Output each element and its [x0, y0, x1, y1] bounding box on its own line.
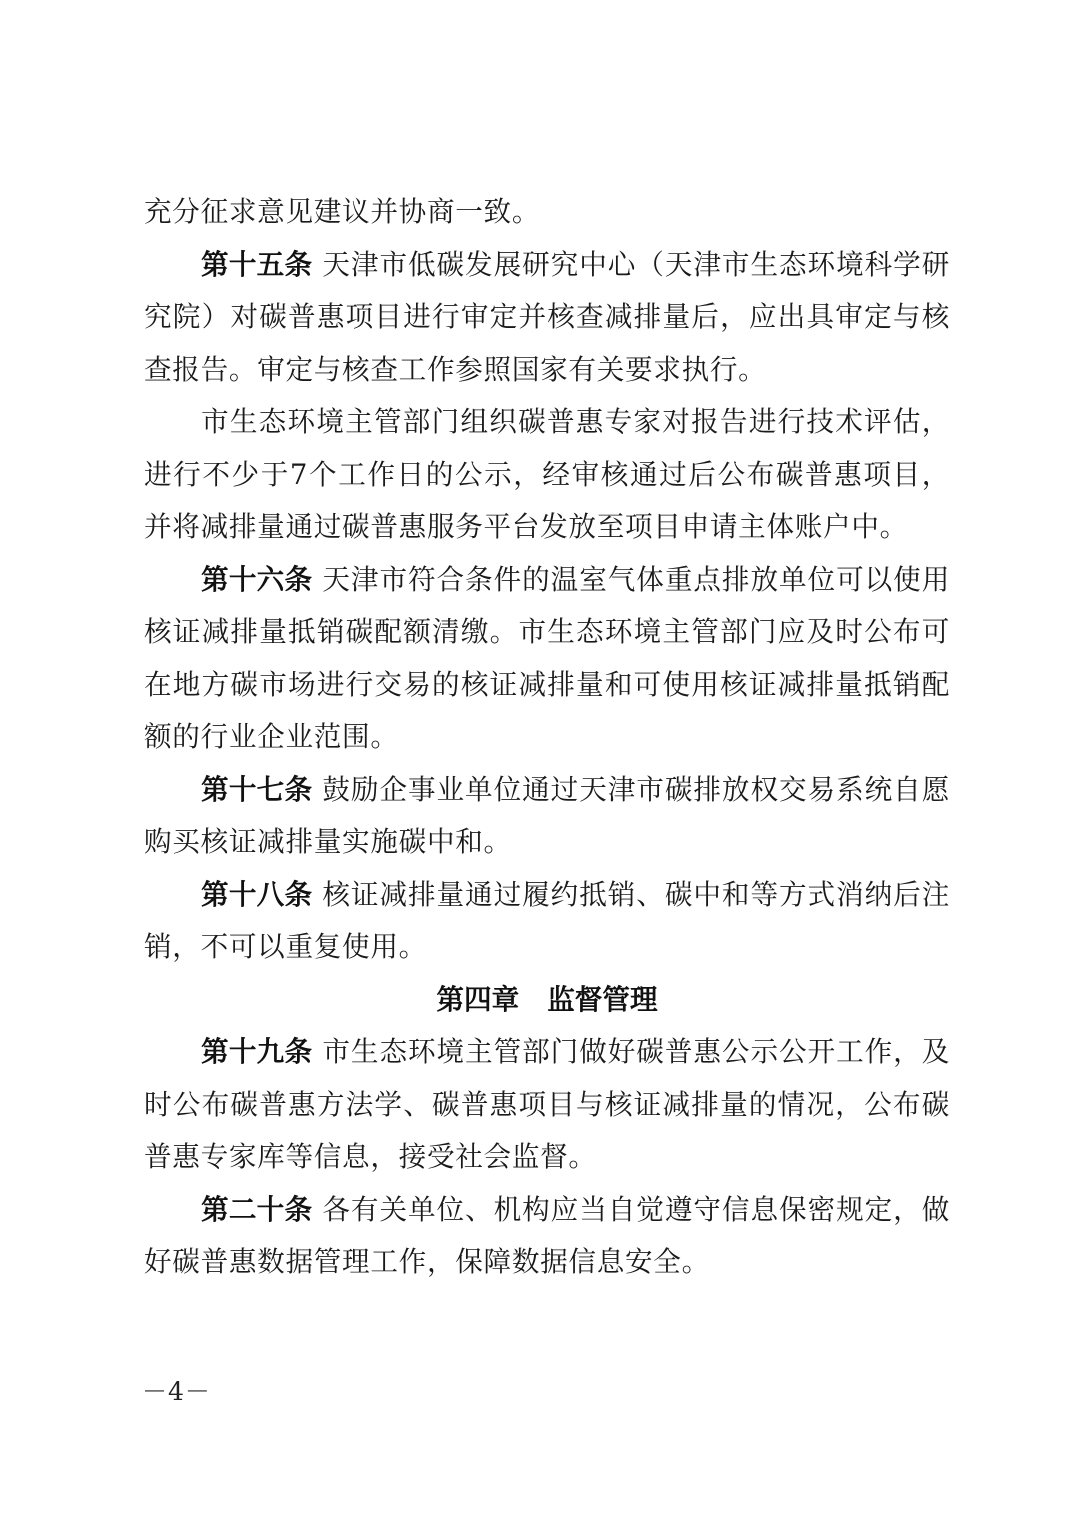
page-number: －4－ [142, 1372, 211, 1408]
article-16: 第十六条天津市符合条件的温室气体重点排放单位可以使用核证减排量抵销碳配额清缴。市… [144, 554, 950, 764]
document-body: 充分征求意见建议并协商一致。 第十五条天津市低碳发展研究中心（天津市生态环境科学… [144, 186, 950, 1289]
article-20: 第二十条各有关单位、机构应当自觉遵守信息保密规定，做好碳普惠数据管理工作，保障数… [144, 1184, 950, 1289]
article-heading: 第十九条 [201, 1035, 312, 1068]
paragraph-text: 市生态环境主管部门组织碳普惠专家对报告进行技术评估，进行不少于7个工作日的公示，… [144, 405, 950, 543]
article-17: 第十七条鼓励企事业单位通过天津市碳排放权交易系统自愿购买核证减排量实施碳中和。 [144, 764, 950, 869]
document-page: 充分征求意见建议并协商一致。 第十五条天津市低碳发展研究中心（天津市生态环境科学… [0, 0, 1080, 1527]
article-heading: 第十八条 [201, 878, 312, 911]
article-18: 第十八条核证减排量通过履约抵销、碳中和等方式消纳后注销，不可以重复使用。 [144, 869, 950, 974]
article-heading: 第十七条 [201, 773, 312, 806]
article-heading: 第十六条 [201, 563, 312, 596]
article-heading: 第二十条 [201, 1193, 312, 1226]
paragraph-continuation: 充分征求意见建议并协商一致。 [144, 186, 950, 239]
chapter-number: 第四章 [436, 983, 519, 1016]
article-heading: 第十五条 [201, 248, 312, 281]
article-19: 第十九条市生态环境主管部门做好碳普惠公示公开工作，及时公布碳普惠方法学、碳普惠项… [144, 1026, 950, 1184]
chapter-heading: 第四章监督管理 [144, 974, 950, 1027]
paragraph-text: 充分征求意见建议并协商一致。 [144, 195, 540, 228]
paragraph-evaluation: 市生态环境主管部门组织碳普惠专家对报告进行技术评估，进行不少于7个工作日的公示，… [144, 396, 950, 554]
article-15: 第十五条天津市低碳发展研究中心（天津市生态环境科学研究院）对碳普惠项目进行审定并… [144, 239, 950, 397]
chapter-title: 监督管理 [547, 983, 657, 1016]
